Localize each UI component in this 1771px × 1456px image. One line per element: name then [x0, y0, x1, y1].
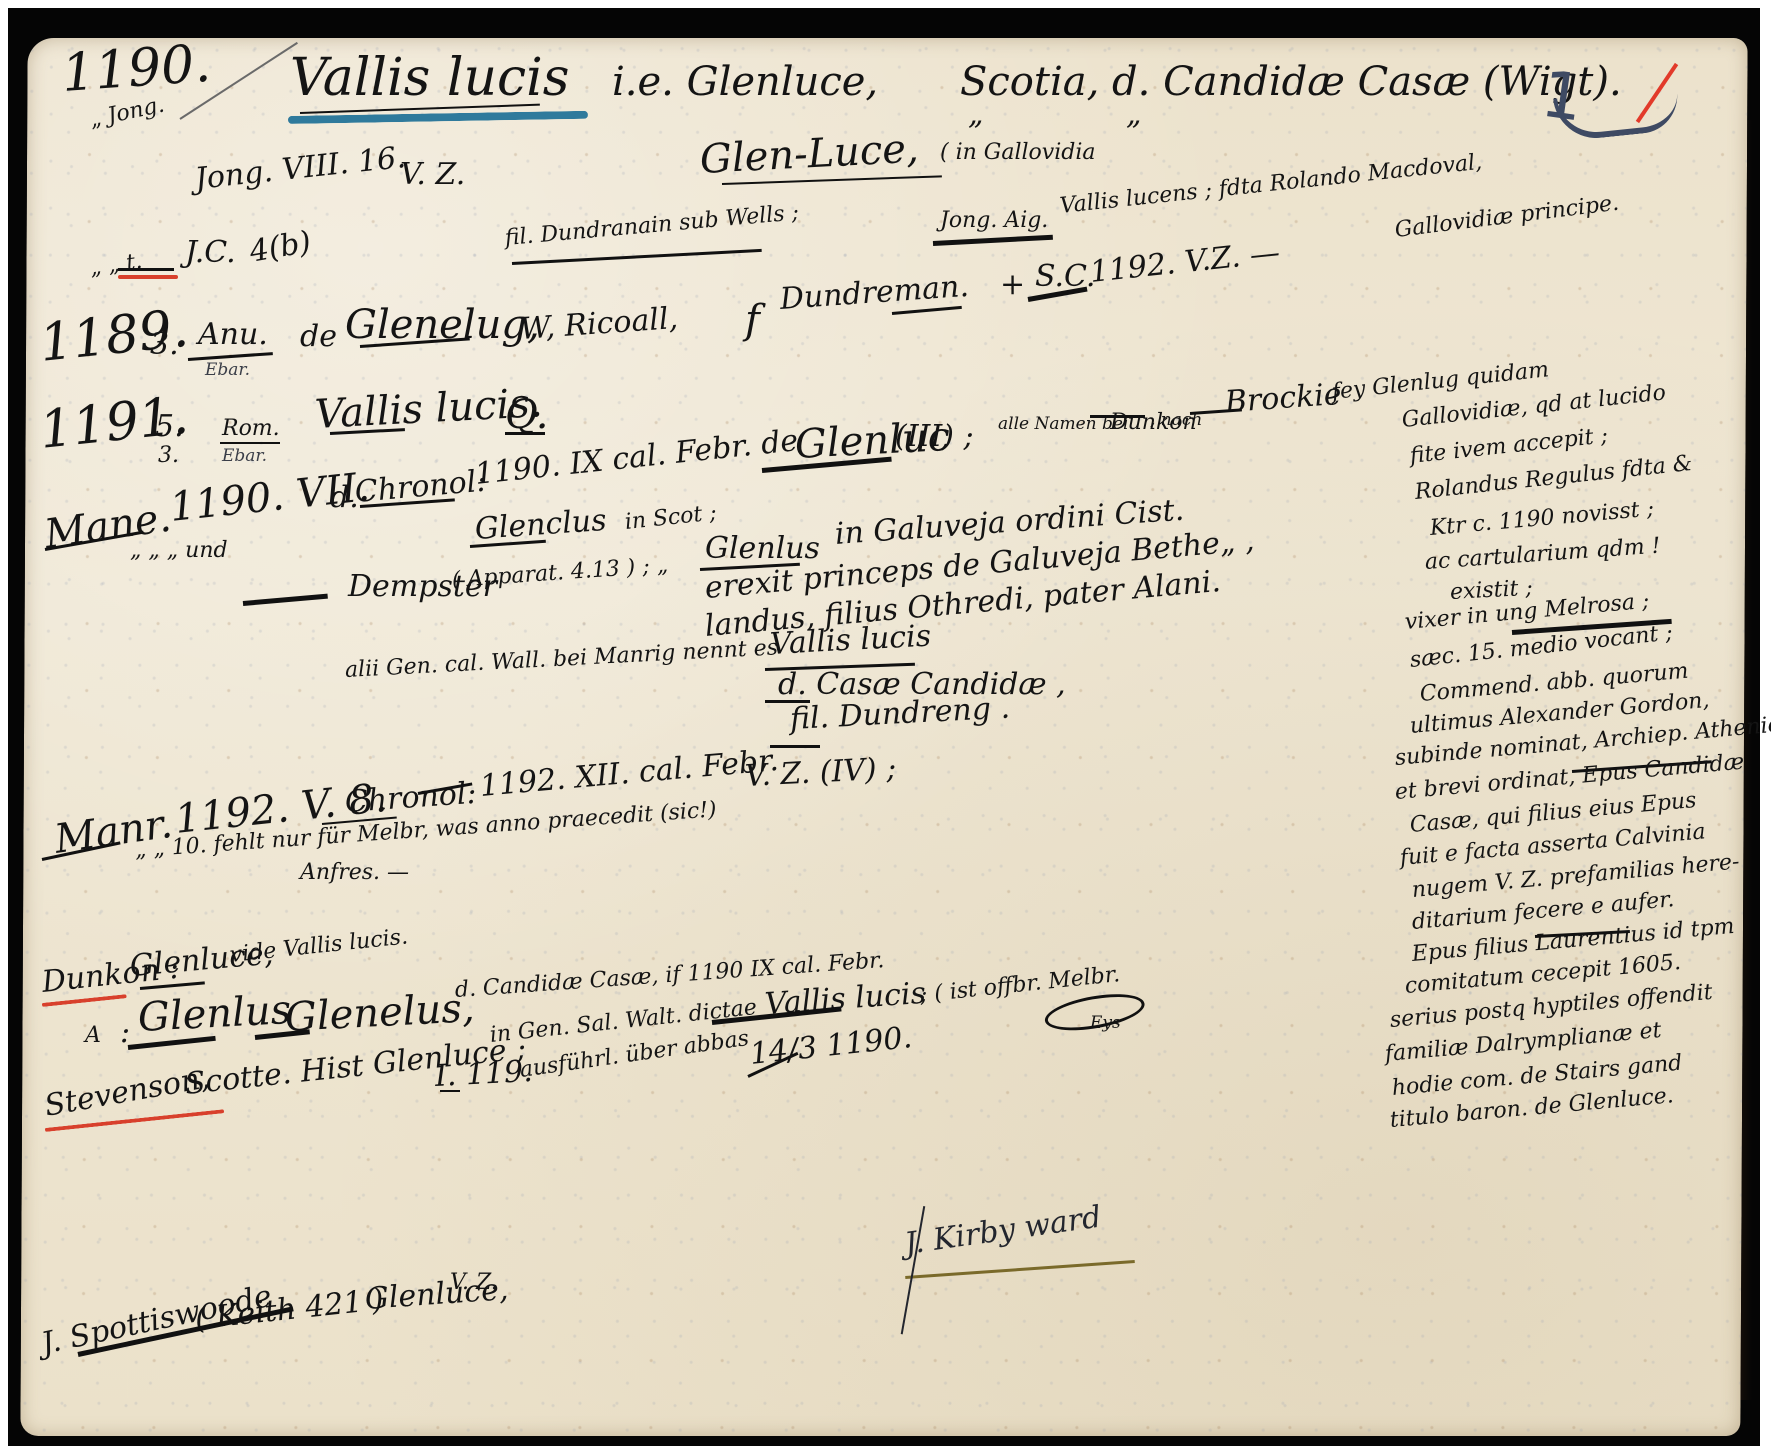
f-text: f: [745, 300, 760, 340]
glenlus-text: Glenlus: [705, 534, 820, 564]
alle-namen-text: alle Namen bei: [998, 416, 1128, 433]
ref-jong-aig: Jong. Aig.: [940, 210, 1048, 232]
in-gallovidia-text: ( in Gallovidia: [940, 142, 1095, 164]
dunkon-underline: [1090, 415, 1145, 418]
vz-mark: V. Z.: [400, 160, 465, 190]
header-year: 1190.: [60, 38, 212, 100]
num-3-sub: 3.: [158, 445, 179, 467]
glen-luce-text: Glen-Luce,: [699, 129, 920, 180]
de-text: de: [300, 322, 337, 352]
fil-dundreng-underline: [770, 745, 820, 748]
brockie-ref: Brockie: [1224, 380, 1343, 418]
glenelus-text: Glenelus,: [284, 988, 475, 1038]
ditto-mark-2: „: [1126, 100, 1142, 130]
header-title: Vallis lucis: [290, 52, 569, 104]
ditto-und: „ „ „ und: [130, 540, 228, 562]
q-mark: Q.: [505, 395, 549, 435]
ref-anu: Anu.: [198, 320, 268, 350]
ditto-mark-1: „: [968, 100, 984, 130]
num-5: 5.: [155, 412, 184, 442]
header-region: Scotia, d. Candidæ Casæ (Wigt).: [960, 62, 1622, 102]
ref-ebar: Ebar.: [205, 362, 250, 379]
i-119-underline: [440, 1090, 460, 1092]
anfres-text: Anfres. —: [300, 862, 409, 884]
num-3: 3.: [150, 330, 179, 360]
q-mark-underline: [505, 432, 545, 435]
glenluc-paren: (III) ;: [895, 422, 974, 452]
vz-iv-text: V. Z. (IV) ;: [744, 754, 897, 792]
jc-red-underline: [118, 275, 178, 279]
glenlus-2-text: Glenlus: [137, 990, 292, 1038]
vallis-lucis-2-text: Vallis lucis: [769, 622, 932, 660]
jc-black-underline: [118, 268, 174, 271]
vz-footer: V. Z.: [450, 1272, 498, 1294]
mark-a: A: [85, 1025, 101, 1047]
ref-jc: J.C.: [185, 238, 236, 268]
plus-mark: +: [1000, 270, 1025, 300]
header-title-rest: i.e. Glenluce,: [612, 62, 878, 102]
ref-rom: Rom.: [222, 418, 280, 440]
ref-ebar-2: Ebar.: [222, 448, 267, 465]
colon-mark: :: [120, 1018, 130, 1048]
rom-underline: [220, 442, 280, 444]
